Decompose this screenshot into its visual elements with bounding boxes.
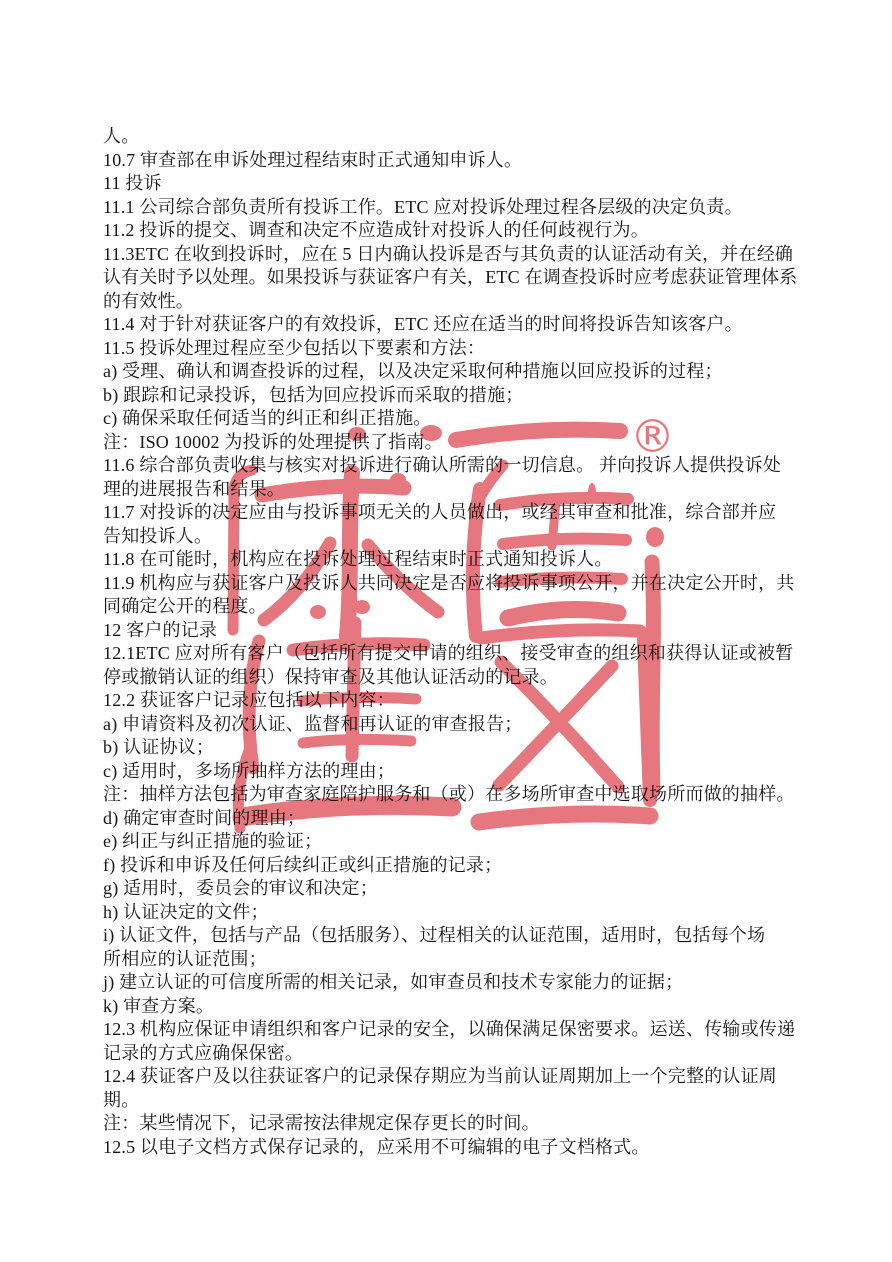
text-line: 期。 [103, 1089, 803, 1113]
text-line: a) 受理、确认和调查投诉的过程，以及决定采取何种措施以回应投诉的过程； [103, 360, 803, 384]
text-line: h) 认证决定的文件； [103, 901, 803, 925]
text-line: 11.9 机构应与获证客户及投诉人共同决定是否应将投诉事项公开，并在决定公开时，… [103, 572, 803, 596]
text-line: 注：某些情况下，记录需按法律规定保存更长的时间。 [103, 1112, 803, 1136]
text-line: 认有关时予以处理。如果投诉与获证客户有关，ETC 在调查投诉时应考虑获证管理体系 [103, 266, 803, 290]
document-text: 人。10.7 审查部在申诉处理过程结束时正式通知申诉人。11 投诉11.1 公司… [103, 125, 803, 1159]
text-line: 12.3 机构应保证申请组织和客户记录的安全，以确保满足保密要求。运送、传输或传… [103, 1018, 803, 1042]
text-line: g) 适用时，委员会的审议和决定； [103, 877, 803, 901]
text-line: 记录的方式应确保保密。 [103, 1042, 803, 1066]
text-line: 12.4 获证客户及以往获证客户的记录保存期应为当前认证周期加上一个完整的认证周 [103, 1065, 803, 1089]
text-line: 11.3ETC 在收到投诉时，应在 5 日内确认投诉是否与其负责的认证活动有关，… [103, 243, 803, 267]
text-line: 11.5 投诉处理过程应至少包括以下要素和方法： [103, 337, 803, 361]
text-line: 注：ISO 10002 为投诉的处理提供了指南。 [103, 431, 803, 455]
text-line: 11.6 综合部负责收集与核实对投诉进行确认所需的一切信息。 并向投诉人提供投诉… [103, 454, 803, 478]
text-line: j) 建立认证的可信度所需的相关记录，如审查员和技术专家能力的证据； [103, 971, 803, 995]
text-line: 11.4 对于针对获证客户的有效投诉，ETC 还应在适当的时间将投诉告知该客户。 [103, 313, 803, 337]
text-line: 11.1 公司综合部负责所有投诉工作。ETC 应对投诉处理过程各层级的决定负责。 [103, 196, 803, 220]
text-line: 11 投诉 [103, 172, 803, 196]
text-line: 11.2 投诉的提交、调查和决定不应造成针对投诉人的任何歧视行为。 [103, 219, 803, 243]
text-line: b) 跟踪和记录投诉，包括为回应投诉而采取的措施； [103, 384, 803, 408]
text-line: e) 纠正与纠正措施的验证； [103, 830, 803, 854]
text-line: 所相应的认证范围； [103, 948, 803, 972]
text-line: 12 客户的记录 [103, 619, 803, 643]
text-line: 停或撤销认证的组织）保持审查及其他认证活动的记录。 [103, 666, 803, 690]
text-line: 同确定公开的程度。 [103, 595, 803, 619]
text-line: 12.1ETC 应对所有客户（包括所有提交申请的组织、接受审查的组织和获得认证或… [103, 642, 803, 666]
text-line: 11.8 在可能时，机构应在投诉处理过程结束时正式通知投诉人。 [103, 548, 803, 572]
text-line: c) 确保采取任何适当的纠正和纠正措施。 [103, 407, 803, 431]
text-line: i) 认证文件，包括与产品（包括服务）、过程相关的认证范围，适用时，包括每个场 [103, 924, 803, 948]
text-line: a) 申请资料及初次认证、监督和再认证的审查报告； [103, 713, 803, 737]
text-line: c) 适用时，多场所抽样方法的理由； [103, 760, 803, 784]
text-line: 告知投诉人。 [103, 525, 803, 549]
text-line: 12.5 以电子文档方式保存记录的，应采用不可编辑的电子文档格式。 [103, 1136, 803, 1160]
text-line: 理的进展报告和结果。 [103, 478, 803, 502]
text-line: 10.7 审查部在申诉处理过程结束时正式通知申诉人。 [103, 149, 803, 173]
text-line: 11.7 对投诉的决定应由与投诉事项无关的人员做出，或经其审查和批准，综合部并应 [103, 501, 803, 525]
text-line: 的有效性。 [103, 290, 803, 314]
document-page: 人。10.7 审查部在申诉处理过程结束时正式通知申诉人。11 投诉11.1 公司… [0, 0, 892, 1262]
text-line: b) 认证协议； [103, 736, 803, 760]
text-line: 注：抽样方法包括为审查家庭陪护服务和（或）在多场所审查中选取场所而做的抽样。 [103, 783, 803, 807]
text-line: 12.2 获证客户记录应包括以下内容： [103, 689, 803, 713]
text-line: k) 审查方案。 [103, 995, 803, 1019]
text-line: 人。 [103, 125, 803, 149]
text-line: f) 投诉和申诉及任何后续纠正或纠正措施的记录； [103, 854, 803, 878]
text-line: d) 确定审查时间的理由； [103, 807, 803, 831]
